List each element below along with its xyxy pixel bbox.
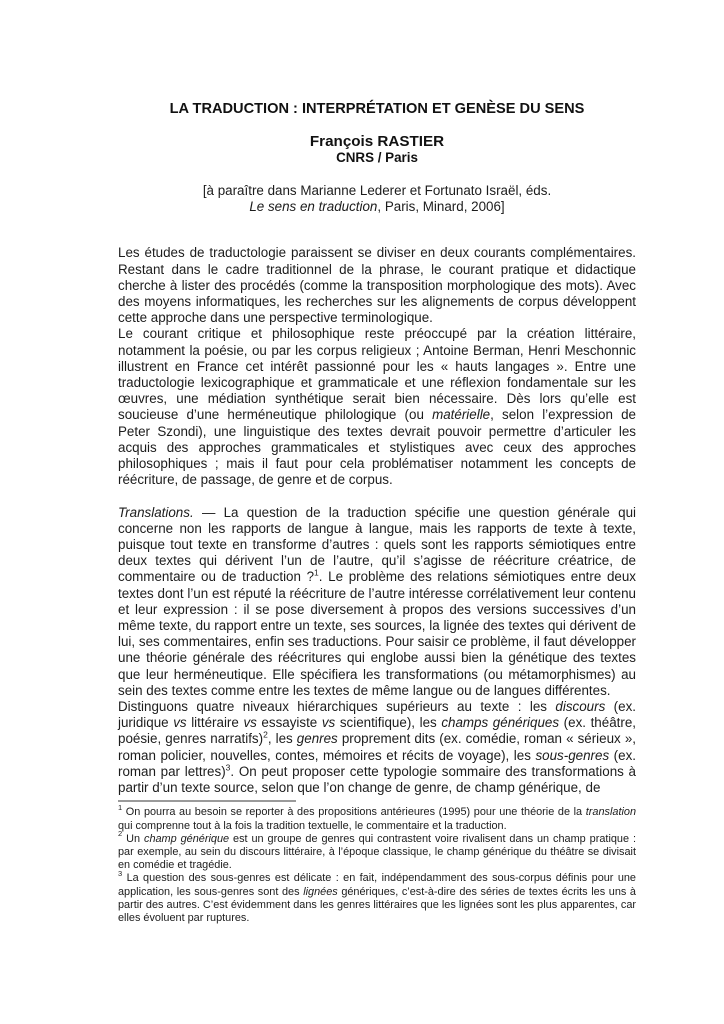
footnote-2-marker: 2 [118,829,122,838]
paper-title: LA TRADUCTION : INTERPRÉTATION ET GENÈSE… [118,101,636,118]
publication-note-line1: [à paraître dans Marianne Lederer et For… [118,183,636,199]
footnote-3-text: La question des sous-genres est délicate… [118,872,636,924]
document-page: LA TRADUCTION : INTERPRÉTATION ET GENÈSE… [0,0,724,1024]
paragraph-translations: Translations. — La question de la traduc… [118,505,636,699]
publication-note: [à paraître dans Marianne Lederer et For… [118,183,636,215]
paragraph-intro-2: Le courant critique et philosophique res… [118,326,636,488]
author-affiliation: CNRS / Paris [118,150,636,166]
author-name: François RASTIER [118,133,636,150]
footnote-separator-rule [118,800,296,802]
footnote-2: 2 Un champ générique est un groupe de ge… [118,833,636,873]
paragraph-distinguons: Distinguons quatre niveaux hiérarchiques… [118,699,636,796]
footnote-1: 1 On pourra au besoin se reporter à des … [118,806,636,832]
publication-note-line2: Le sens en traduction, Paris, Minard, 20… [118,199,636,215]
footnote-1-marker: 1 [118,803,122,812]
paper-header: LA TRADUCTION : INTERPRÉTATION ET GENÈSE… [118,0,636,215]
footnote-1-text: On pourra au besoin se reporter à des pr… [118,806,636,831]
footnotes-section: 1 On pourra au besoin se reporter à des … [118,800,636,925]
footnote-2-text: Un champ générique est un groupe de genr… [118,833,636,871]
footnote-3-marker: 3 [118,869,122,878]
paper-body: Les études de traductologie paraissent s… [118,245,636,796]
footnote-3: 3 La question des sous-genres est délica… [118,872,636,925]
paragraph-intro-1: Les études de traductologie paraissent s… [118,245,636,326]
page-content: LA TRADUCTION : INTERPRÉTATION ET GENÈSE… [0,0,724,925]
